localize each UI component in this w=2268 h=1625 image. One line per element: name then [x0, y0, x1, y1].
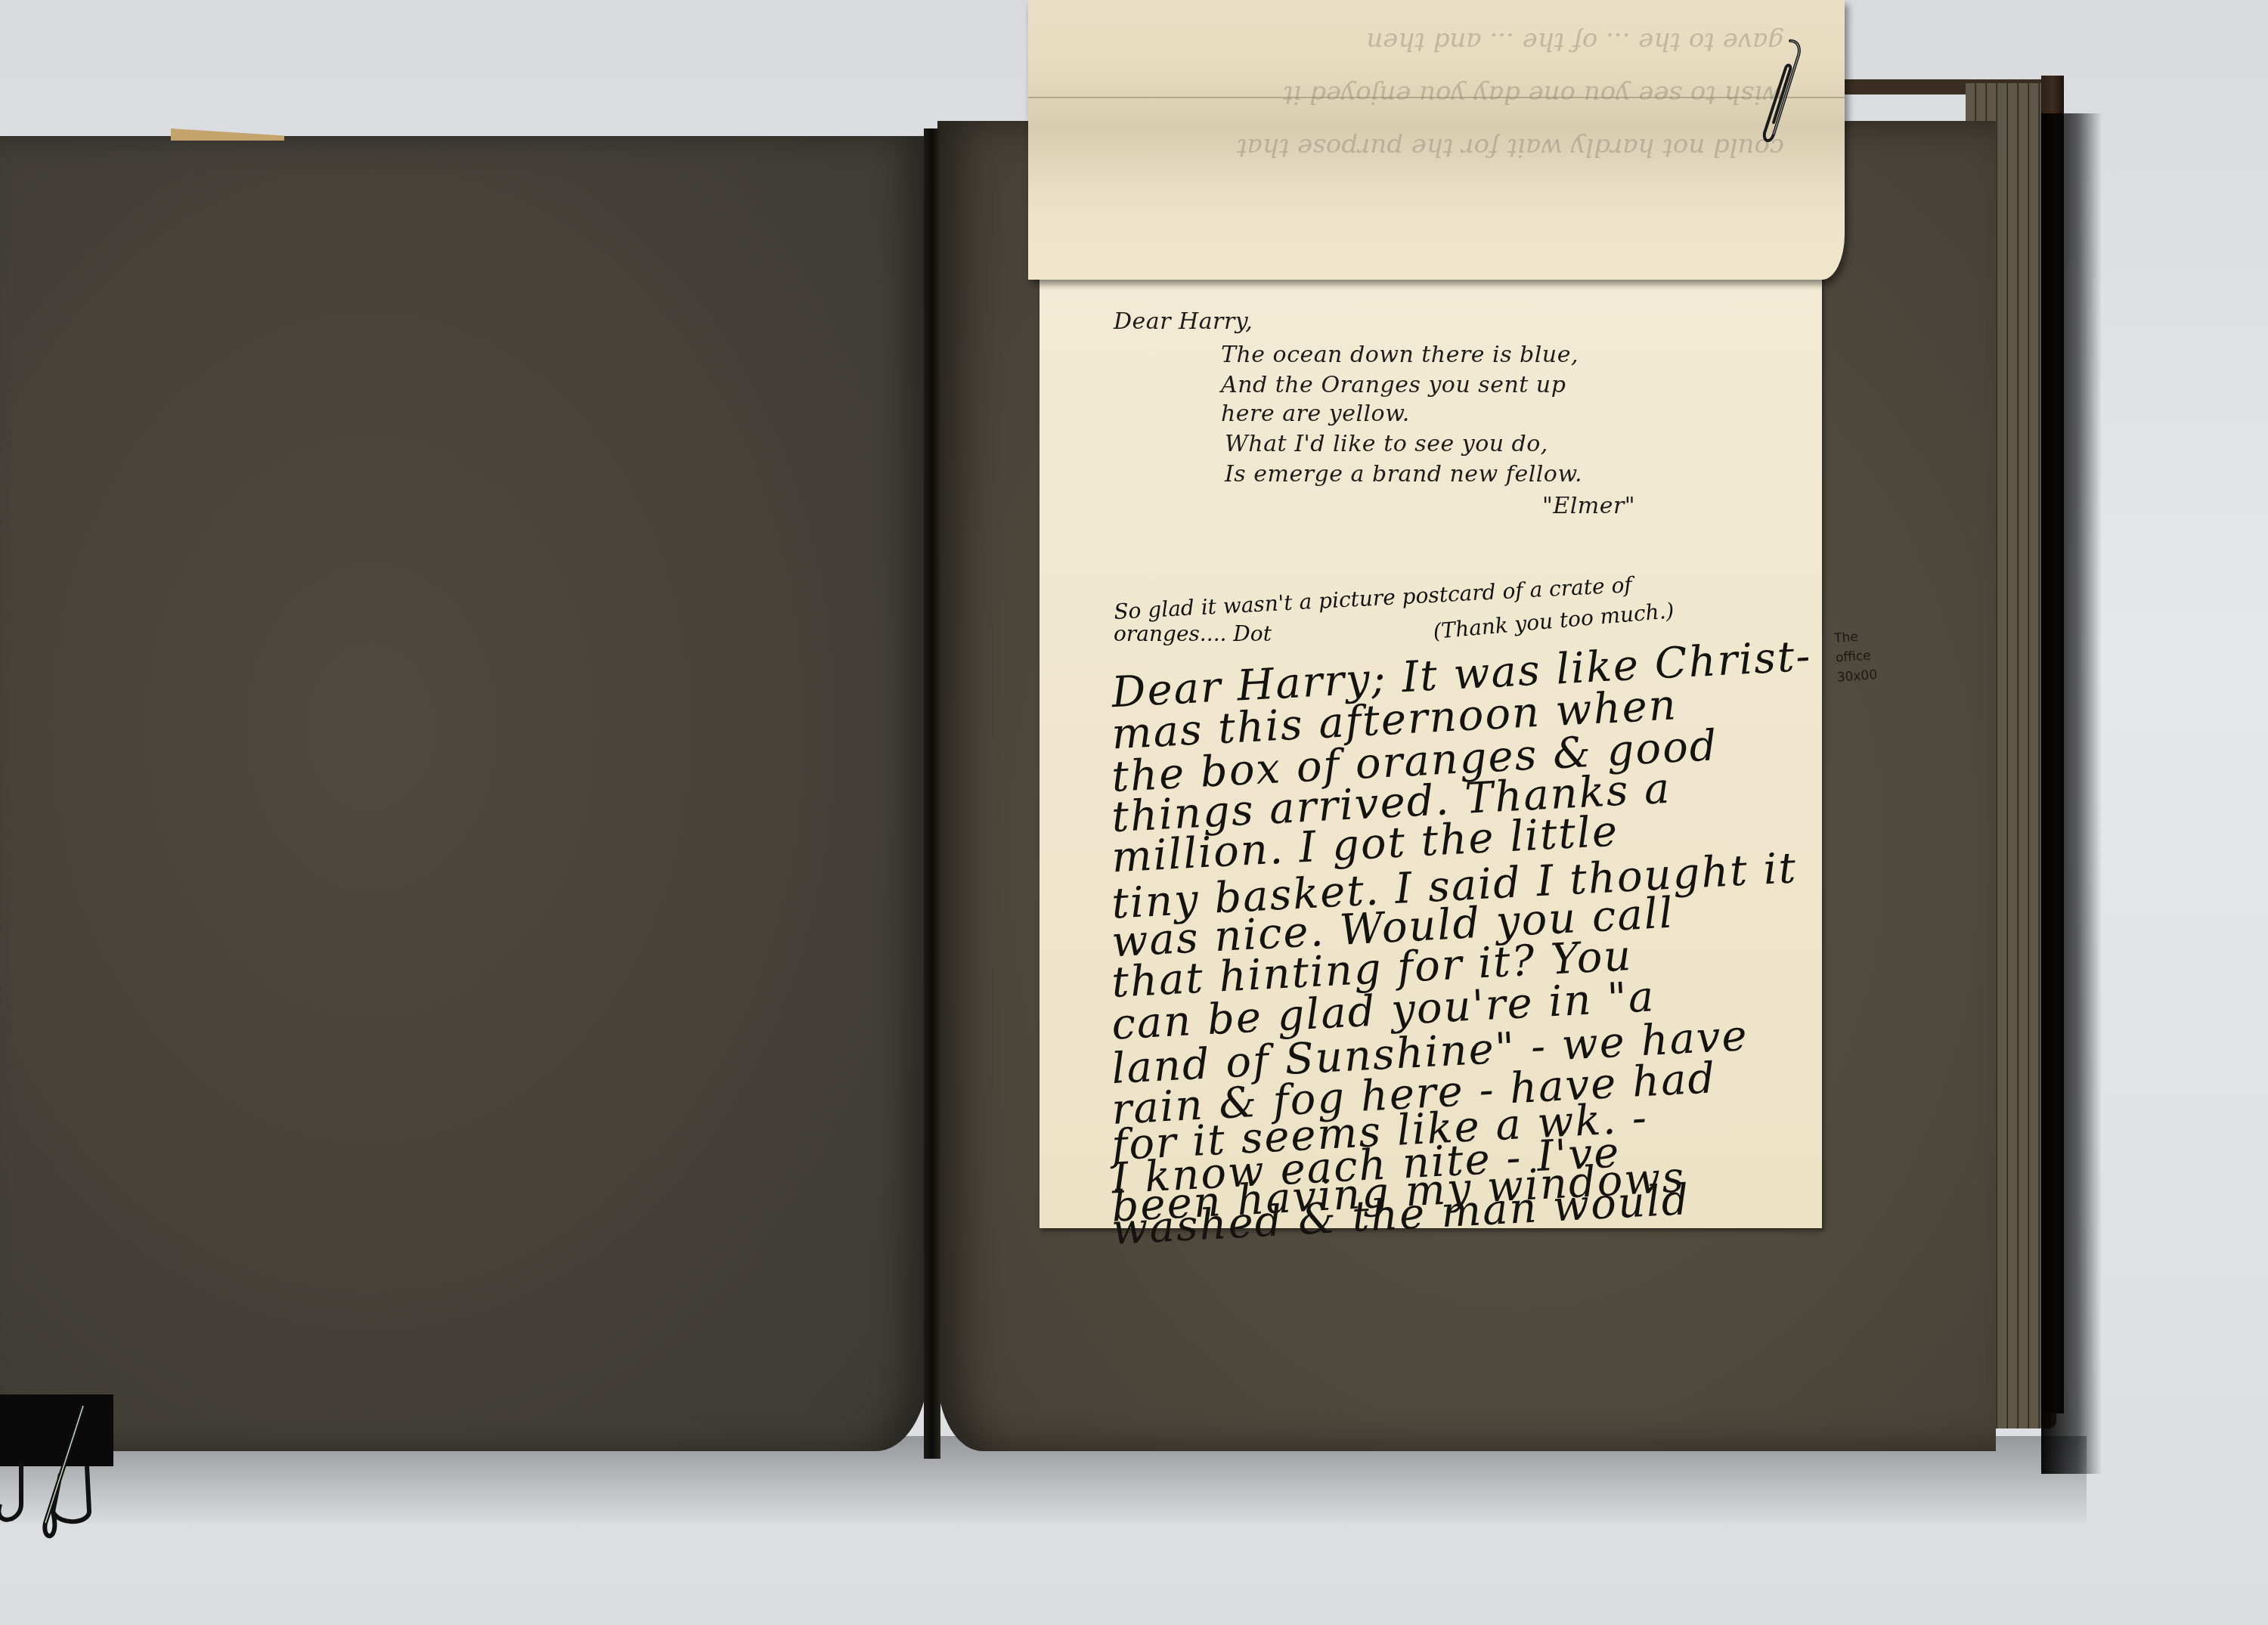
poem-line: What I'd like to see you do, — [1225, 431, 1548, 457]
margin-note-line: office — [1835, 645, 1876, 668]
poem-line: The ocean down there is blue, — [1221, 342, 1579, 368]
margin-note: The office 30x00 — [1833, 626, 1878, 688]
binder-clip-icon — [0, 1391, 121, 1549]
margin-note-line: 30x00 — [1836, 665, 1878, 688]
album-gutter — [924, 128, 940, 1459]
page-tab — [171, 128, 284, 141]
poem-greeting: Dear Harry, — [1114, 308, 1253, 335]
album-left-page — [0, 136, 928, 1451]
paper-clip-icon — [1760, 35, 1805, 148]
poem-line: Is emerge a brand new fellow. — [1225, 461, 1582, 487]
show-through-text: could not hardly wait for the purpose th… — [1074, 15, 1784, 174]
poem-line: And the Oranges you sent up — [1221, 372, 1566, 398]
dot-note-line: oranges.... Dot — [1114, 621, 1272, 646]
letter-top-flap: could not hardly wait for the purpose th… — [1028, 0, 1845, 280]
poem-line: here are yellow. — [1221, 401, 1410, 427]
letter-sheet: Dear Harry, The ocean down there is blue… — [1039, 272, 1822, 1228]
margin-note-line: The — [1833, 626, 1875, 648]
album-shadow — [2041, 113, 2102, 1474]
poem-signature: "Elmer" — [1542, 493, 1635, 519]
